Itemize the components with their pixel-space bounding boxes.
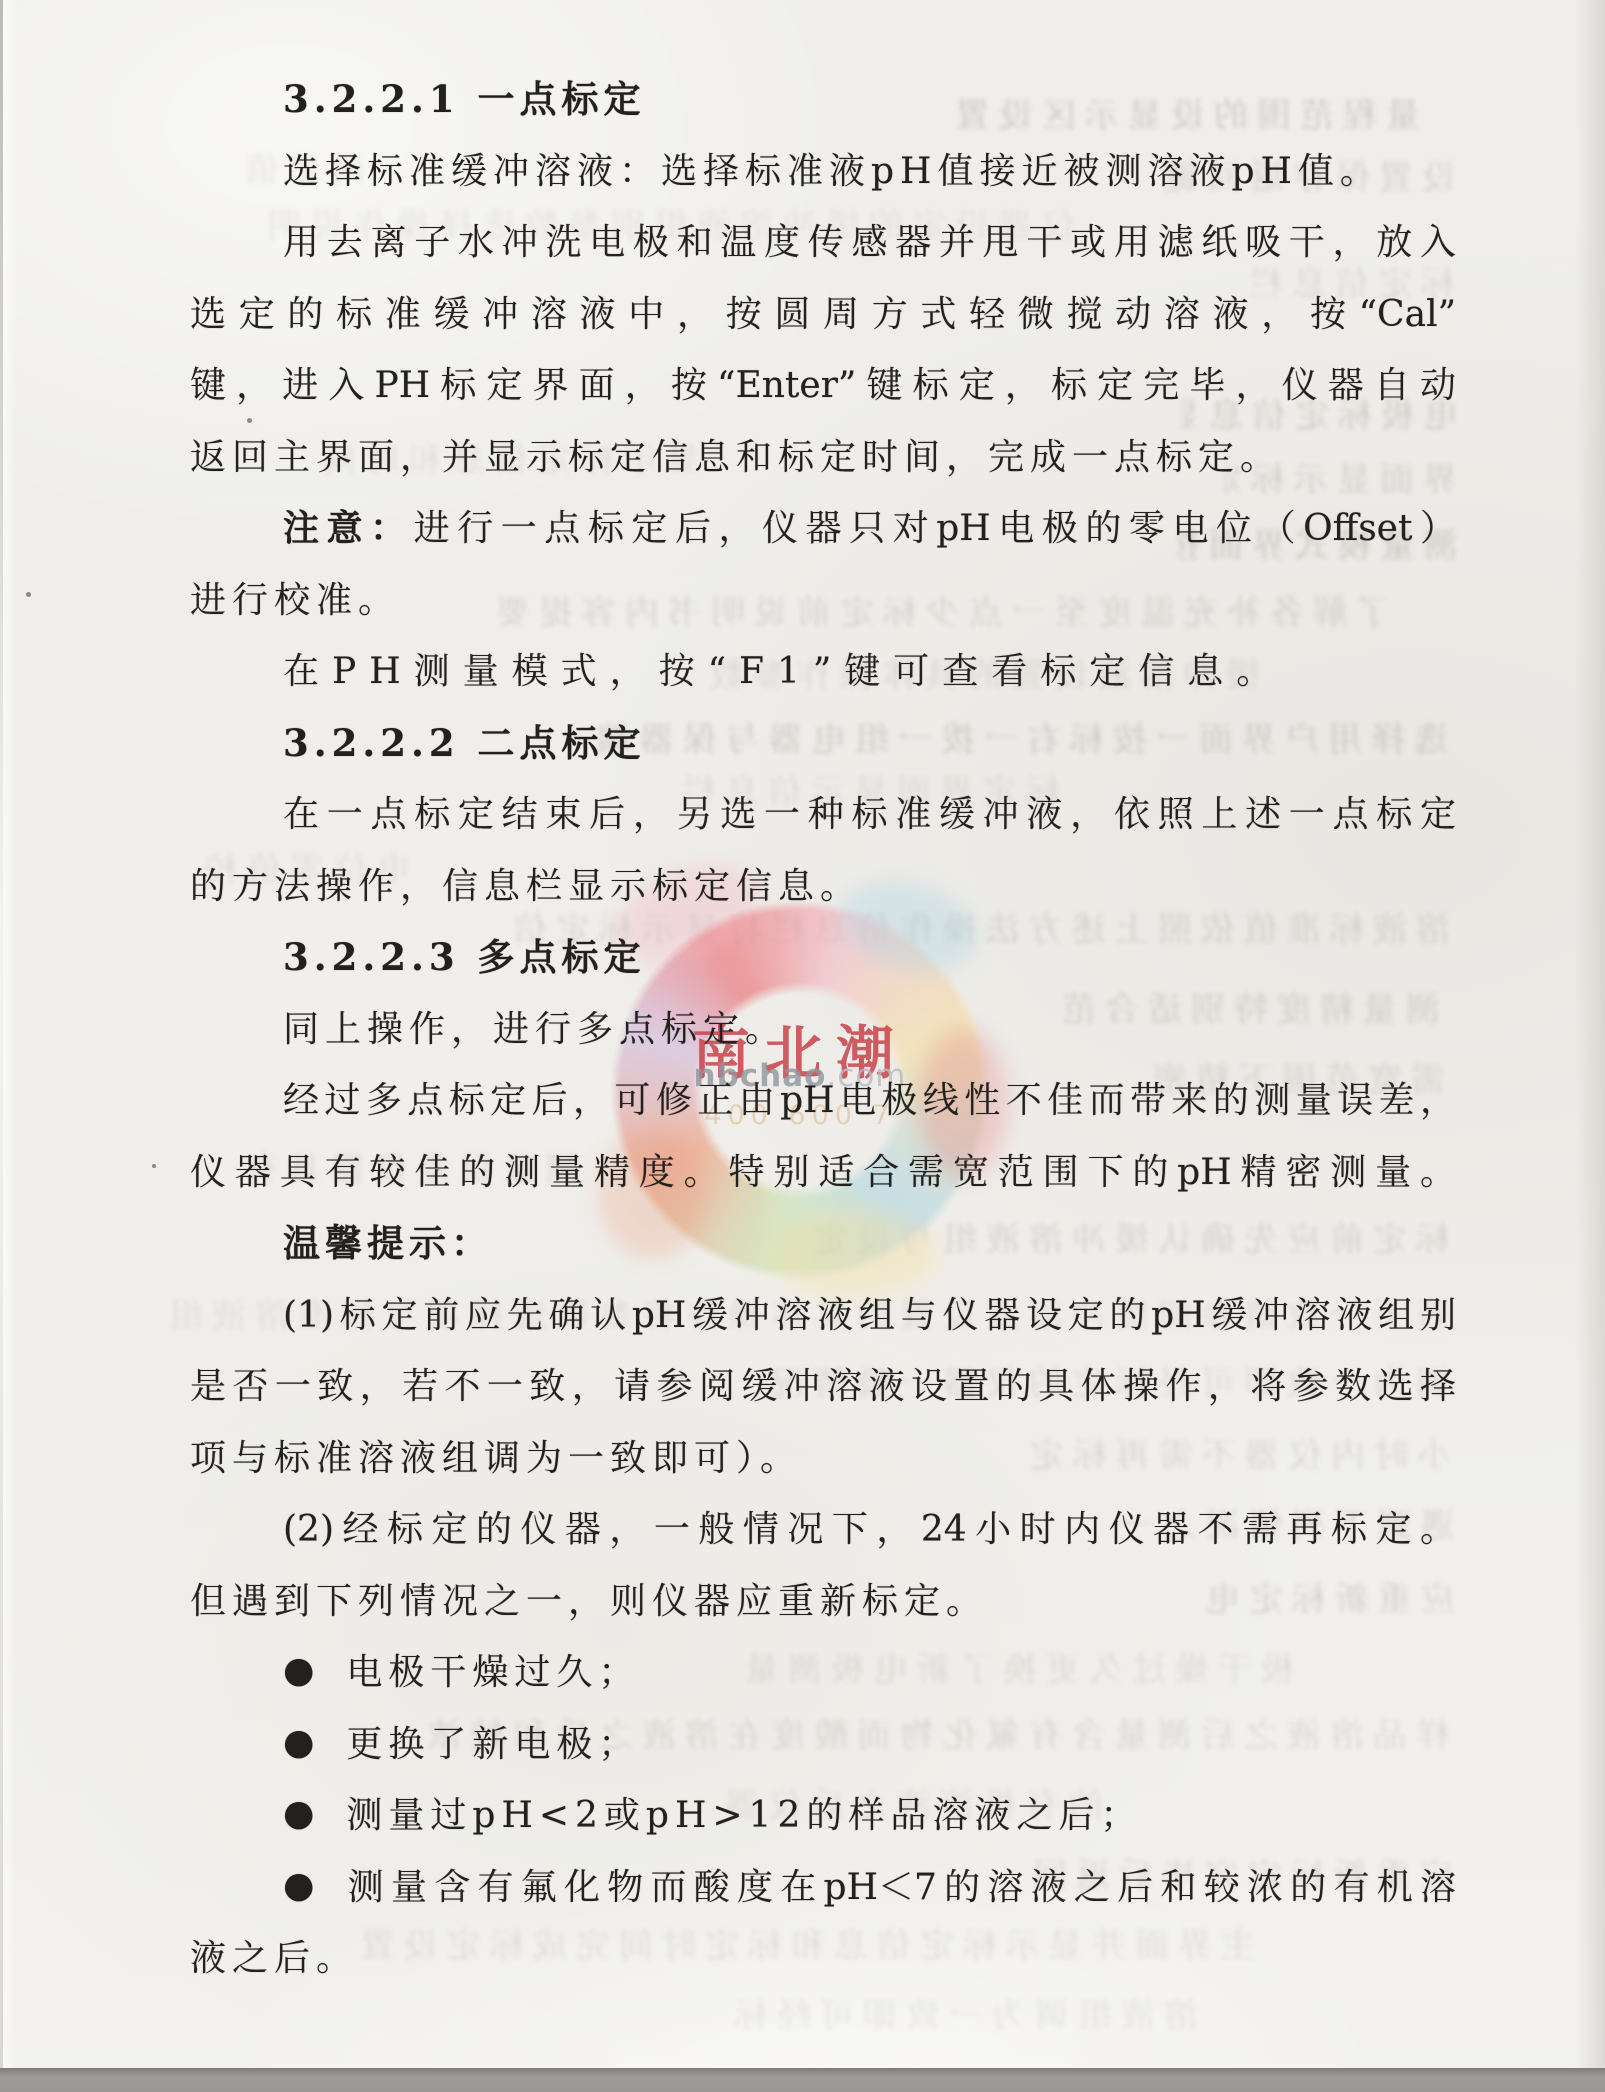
bullet-icon: ●: [283, 1850, 314, 1922]
line-text: 电极干燥过久；: [346, 1652, 640, 1693]
text-line: 键，进入PH标定界面，按“Enter”键标定，标定完毕，仪器自动: [190, 350, 1456, 422]
line-text: 但遇到下列情况之一，则仪器应重新标定。: [190, 1581, 988, 1622]
line-text: 在PH测量模式，按“F1”键可查看标定信息。: [283, 651, 1285, 692]
line-text: (2)经标定的仪器，一般情况下，24小时内仪器不需再标定。: [283, 1509, 1456, 1550]
line-text: 测量过pH<2或pH>12的样品溶液之后；: [346, 1795, 1142, 1836]
line-text: 液之后。: [190, 1938, 358, 1979]
text-line: (1)标定前应先确认pH缓冲溶液组与仪器设定的pH缓冲溶液组别: [190, 1280, 1456, 1352]
line-text: 在一点标定结束后，另选一种标准缓冲液，依照上述一点标定: [283, 794, 1456, 835]
ink-speck: [247, 418, 252, 423]
text-line: 但遇到下列情况之一，则仪器应重新标定。: [190, 1566, 1456, 1638]
text-line: 在一点标定结束后，另选一种标准缓冲液，依照上述一点标定: [190, 779, 1456, 851]
text-line: 仪器具有较佳的测量精度。特别适合需宽范围下的pH精密测量。: [190, 1137, 1456, 1209]
bullet-list-item: ●电极干燥过久；: [190, 1637, 1456, 1709]
text-line: 进行校准。: [190, 565, 1456, 637]
text-line: 经过多点标定后，可修正由pH电极线性不佳而带来的测量误差，: [190, 1065, 1456, 1137]
line-text: 3.2.2.2 二点标定: [283, 721, 646, 765]
bold-label: 注意：: [283, 507, 414, 549]
bleed-smudge: 溶液组调为一致即可经标: [598, 1988, 1198, 2037]
line-text: 测量含有氟化物而酸度在pH＜7的溶液之后和较浓的有机溶: [340, 1867, 1456, 1908]
text-line: 返回主界面，并显示标定信息和标定时间，完成一点标定。: [190, 422, 1456, 494]
text-line: 的方法操作，信息栏显示标定信息。: [190, 851, 1456, 923]
line-text: 键，进入PH标定界面，按“Enter”键标定，标定完毕，仪器自动: [190, 365, 1456, 406]
line-text: 是否一致，若不一致，请参阅缓冲溶液设置的具体操作，将参数选择: [190, 1366, 1456, 1407]
line-text: 3.2.2.1 一点标定: [283, 77, 646, 121]
bullet-icon: ●: [283, 1778, 320, 1850]
bullet-list-item: ●测量含有氟化物而酸度在pH＜7的溶液之后和较浓的有机溶: [190, 1852, 1456, 1924]
heading-line: 3.2.2.1 一点标定: [190, 64, 1456, 136]
ink-speck: [152, 1164, 156, 1168]
heading-line: 3.2.2.3 多点标定: [190, 922, 1456, 994]
text-line: 选择标准缓冲溶液：选择标准液pH值接近被测溶液pH值。: [190, 136, 1456, 208]
bullet-icon: ●: [283, 1707, 320, 1779]
line-text: 选择标准缓冲溶液：选择标准液pH值接近被测溶液pH值。: [283, 151, 1382, 192]
line-text: 3.2.2.3 多点标定: [283, 935, 646, 979]
text-line: 注意：进行一点标定后，仪器只对pH电极的零电位（Offset）: [190, 493, 1456, 565]
text-line: (2)经标定的仪器，一般情况下，24小时内仪器不需再标定。: [190, 1494, 1456, 1566]
bullet-list-item: ●更换了新电极；: [190, 1709, 1456, 1781]
line-text: 进行一点标定后，仪器只对pH电极的零电位（Offset）: [414, 508, 1456, 549]
line-text: 温馨提示：: [283, 1221, 493, 1265]
ink-speck: [26, 592, 31, 597]
line-text: (1)标定前应先确认pH缓冲溶液组与仪器设定的pH缓冲溶液组别: [283, 1295, 1456, 1336]
bullet-icon: ●: [283, 1635, 320, 1707]
heading-line: 温馨提示：: [190, 1208, 1456, 1280]
line-text: 进行校准。: [190, 580, 400, 621]
line-text: 同上操作，进行多点标定。: [283, 1009, 787, 1050]
line-text: 更换了新电极；: [346, 1724, 640, 1765]
line-text: 选定的标准缓冲溶液中，按圆周方式轻微搅动溶液，按“Cal”: [190, 294, 1456, 335]
line-text: 返回主界面，并显示标定信息和标定时间，完成一点标定。: [190, 437, 1282, 478]
text-line: 用去离子水冲洗电极和温度传感器并甩干或用滤纸吸干，放入: [190, 207, 1456, 279]
line-text: 经过多点标定后，可修正由pH电极线性不佳而带来的测量误差，: [283, 1080, 1456, 1121]
text-line: 液之后。: [190, 1923, 1456, 1995]
line-text: 项与标准溶液组调为一致即可）。: [190, 1438, 802, 1479]
page-left-edge-shadow: [0, 0, 3, 2092]
text-line: 项与标准溶液组调为一致即可）。: [190, 1423, 1456, 1495]
document-text-block: 3.2.2.1 一点标定选择标准缓冲溶液：选择标准液pH值接近被测溶液pH值。用…: [190, 64, 1456, 1995]
line-text: 用去离子水冲洗电极和温度传感器并甩干或用滤纸吸干，放入: [283, 222, 1456, 263]
line-text: 仪器具有较佳的测量精度。特别适合需宽范围下的pH精密测量。: [190, 1152, 1456, 1193]
text-line: 在PH测量模式，按“F1”键可查看标定信息。: [190, 636, 1456, 708]
scanner-edge-bar: [0, 2068, 1605, 2092]
text-line: 是否一致，若不一致，请参阅缓冲溶液设置的具体操作，将参数选择: [190, 1351, 1456, 1423]
text-line: 选定的标准缓冲溶液中，按圆周方式轻微搅动溶液，按“Cal”: [190, 279, 1456, 351]
scanned-manual-page: 量程范围的设显示区设置保设置保存返回键两足值仪器设定的缓冲溶液组别参数选择操作说…: [0, 0, 1605, 2092]
heading-line: 3.2.2.2 二点标定: [190, 708, 1456, 780]
text-line: 同上操作，进行多点标定。: [190, 994, 1456, 1066]
bullet-list-item: ●测量过pH<2或pH>12的样品溶液之后；: [190, 1780, 1456, 1852]
line-text: 的方法操作，信息栏显示标定信息。: [190, 866, 862, 907]
